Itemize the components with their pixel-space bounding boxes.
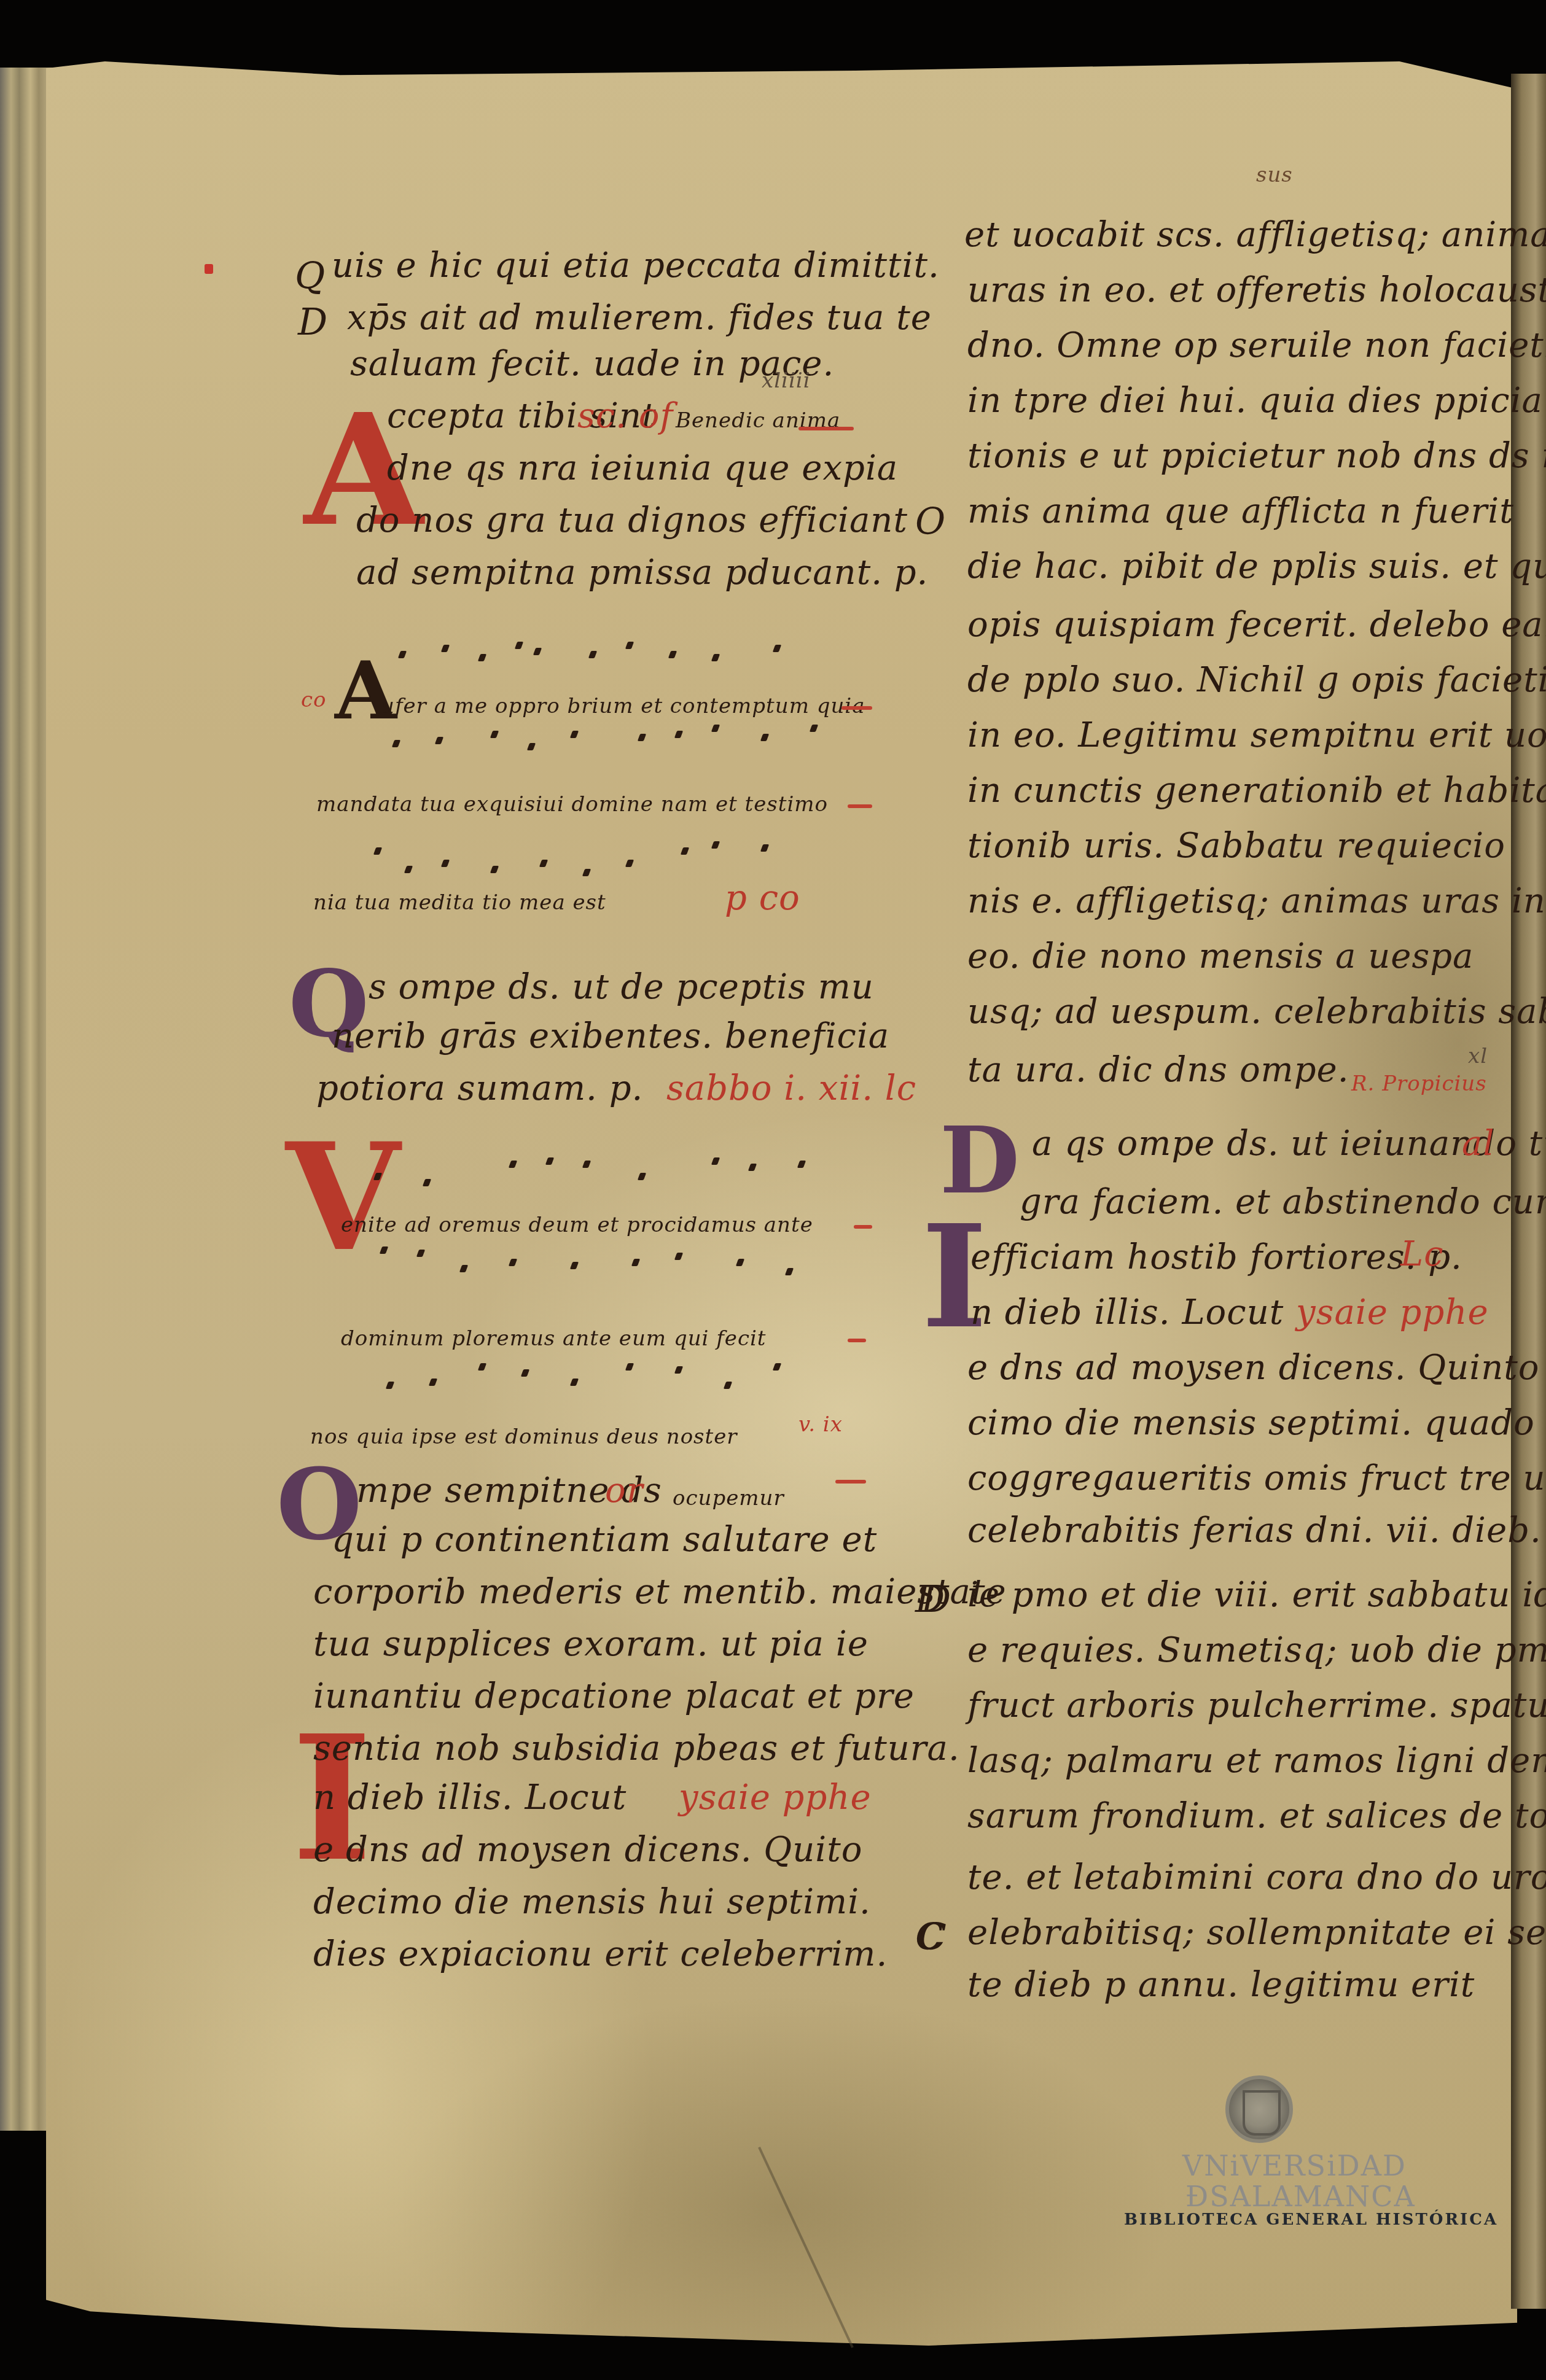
chant-text: dominum ploremus ante eum qui fecit bbox=[341, 1326, 767, 1351]
text-line: elebrabitisq; sollempnitate ei sep bbox=[967, 1913, 1546, 1953]
text-line: mis anima que afflicta n fuerit bbox=[967, 491, 1514, 531]
margin-number: xliiii bbox=[762, 368, 811, 393]
text-line: uis e hic qui etia peccata dimittit. bbox=[332, 246, 940, 286]
chant-text: nia tua medita tio mea est bbox=[313, 890, 606, 915]
red-mark bbox=[205, 264, 213, 274]
marginal-gloss: sus bbox=[1256, 163, 1293, 187]
text-line: gra faciem. et abstinendo cunctis bbox=[1020, 1182, 1546, 1222]
rubric-reading: ysaie pphe bbox=[1296, 1293, 1489, 1332]
text-line: lasq; palmaru et ramos ligni den bbox=[967, 1741, 1546, 1781]
text-line: opis quispiam fecerit. delebo eam bbox=[967, 605, 1546, 645]
chant-text: mandata tua exquisiui domine nam et test… bbox=[316, 792, 828, 817]
rubric-lectio: Lc bbox=[1400, 1234, 1444, 1274]
rubric-occupemur: ocupemur bbox=[673, 1486, 784, 1511]
margin-letter: O bbox=[915, 500, 945, 543]
text-line: tionib uris. Sabbatu requiecio bbox=[967, 826, 1505, 866]
margin-number: xl bbox=[1468, 1044, 1488, 1068]
rubric-line bbox=[848, 1339, 866, 1342]
rubric-responsory: R. Propicius bbox=[1351, 1071, 1487, 1096]
text-line: eo. die nono mensis a uespa bbox=[967, 936, 1474, 976]
text-line: ie pmo et die viii. erit sabbatu id bbox=[967, 1575, 1546, 1615]
text-line: n dieb illis. Locut bbox=[970, 1293, 1284, 1332]
text-line: tua supplices exoram. ut pia ie bbox=[313, 1624, 869, 1664]
text-line: dno. Omne op seruile non facietis bbox=[967, 325, 1546, 365]
watermark-line2: ÐSALAMANCA bbox=[1185, 2180, 1416, 2213]
text-line: fruct arboris pulcherrime. spatu bbox=[967, 1686, 1546, 1725]
chant-text: enite ad oremus deum et procidamus ante bbox=[341, 1213, 813, 1237]
watermark-line3: BIBLIOTECA GENERAL HISTÓRICA bbox=[1124, 2211, 1498, 2229]
text-line: e dns ad moysen dicens. Quinto de bbox=[967, 1348, 1546, 1388]
text-line: et uocabit scs. affligetisq; anima bbox=[964, 215, 1546, 255]
university-seal-icon bbox=[1225, 2075, 1293, 2143]
text-line: nerib grās exibentes. beneficia bbox=[332, 1016, 889, 1056]
text-line: in tpre diei hui. quia dies ppicia bbox=[967, 381, 1543, 421]
text-line: n dieb illis. Locut bbox=[313, 1778, 627, 1818]
chant-text: ufer a me oppro brium et contemptum quia bbox=[381, 694, 865, 718]
text-line: in eo. Legitimu sempitnu erit uob. bbox=[967, 715, 1546, 755]
text-line: uras in eo. et offeretis holocaustu bbox=[967, 270, 1546, 310]
margin-letter: D bbox=[915, 1578, 945, 1621]
rubric-versus: v. ix bbox=[798, 1412, 843, 1437]
text-line: die hac. pibit de pplis suis. et que bbox=[967, 546, 1546, 586]
text-line: ta ura. dic dns ompe. bbox=[967, 1050, 1349, 1090]
rubric-line bbox=[798, 427, 854, 430]
text-line: do nos gra tua dignos efficiant bbox=[356, 500, 908, 540]
text-line: dies expiacionu erit celeberrim. bbox=[313, 1934, 888, 1974]
text-line: ad sempitna pmissa pducant. p. bbox=[356, 553, 928, 593]
rubric-sabbato: sabbo i. xii. lc bbox=[666, 1068, 916, 1108]
margin-letter: D bbox=[298, 301, 327, 344]
neumes bbox=[369, 1357, 860, 1394]
text-line: sentia nob subsidia pbeas et futura. bbox=[313, 1729, 960, 1768]
text-line: e dns ad moysen dicens. Quito bbox=[313, 1830, 862, 1870]
text-line: e requies. Sumetisq; uob die pmo bbox=[967, 1630, 1546, 1670]
text-line: in cunctis generationib et habita bbox=[967, 771, 1546, 811]
neumes bbox=[369, 841, 860, 878]
rubric-communion: co bbox=[301, 688, 327, 712]
text-line: iunantiu depcatione placat et pre bbox=[313, 1676, 915, 1716]
rubric-oratio: or bbox=[605, 1471, 643, 1511]
text-line: celebrabitis ferias dni. vii. dieb. bbox=[967, 1511, 1542, 1550]
neumes bbox=[393, 639, 823, 675]
text-line: cimo die mensis septimi. quado bbox=[967, 1403, 1535, 1443]
text-line: coggregaueritis omis fruct tre ure. bbox=[967, 1458, 1546, 1498]
rubric-line bbox=[848, 804, 872, 808]
text-line: corporib mederis et mentib. maiestate bbox=[313, 1572, 1007, 1612]
chant-text: nos quia ipse est dominus deus noster bbox=[310, 1425, 738, 1449]
text-line: decimo die mensis hui septimi. bbox=[313, 1882, 871, 1922]
text-line: te dieb p annu. legitimu erit bbox=[967, 1965, 1475, 2005]
rubric-line bbox=[835, 1480, 866, 1484]
text-line: te. et letabimini cora dno do uro. bbox=[967, 1857, 1546, 1897]
neumes bbox=[381, 718, 872, 755]
neumes bbox=[369, 1240, 860, 1277]
text-line: sarum frondium. et salices de torre bbox=[967, 1796, 1546, 1836]
margin-letter: Q bbox=[295, 255, 325, 298]
rubric-reading: ysaie pphe bbox=[679, 1778, 872, 1818]
text-line: nis e. affligetisq; animas uras in bbox=[967, 881, 1546, 921]
text-line: qui p continentiam salutare et bbox=[332, 1520, 877, 1560]
text-line: de pplo suo. Nichil g opis facietis bbox=[967, 660, 1546, 700]
text-line: usq; ad uespum. celebrabitis sabba bbox=[967, 992, 1546, 1032]
rubric-line bbox=[854, 1225, 872, 1229]
rubric-line bbox=[841, 706, 872, 710]
initial-d: D bbox=[940, 1114, 1020, 1207]
margin-letter: C bbox=[915, 1916, 943, 1959]
neumes bbox=[369, 1154, 860, 1191]
text-line: xp̄s ait ad mulierem. fides tua te bbox=[347, 298, 932, 338]
text-line: tionis e ut ppicietur nob dns ds nr. bbox=[967, 436, 1546, 476]
rubric-psalm: p co bbox=[725, 878, 800, 918]
text-line: dne qs nra ieiunia que expia bbox=[387, 448, 898, 488]
text-line: potiora sumam. p. bbox=[316, 1068, 643, 1108]
text-line: efficiam hostib fortiores. p. bbox=[970, 1237, 1462, 1277]
text-line: s ompe ds. ut de pceptis mu bbox=[369, 967, 874, 1007]
rubric-offertory: sc. of bbox=[577, 396, 673, 436]
rubric-al: al bbox=[1462, 1124, 1494, 1164]
watermark-line1: VNiVERSiDAD bbox=[1182, 2149, 1407, 2182]
